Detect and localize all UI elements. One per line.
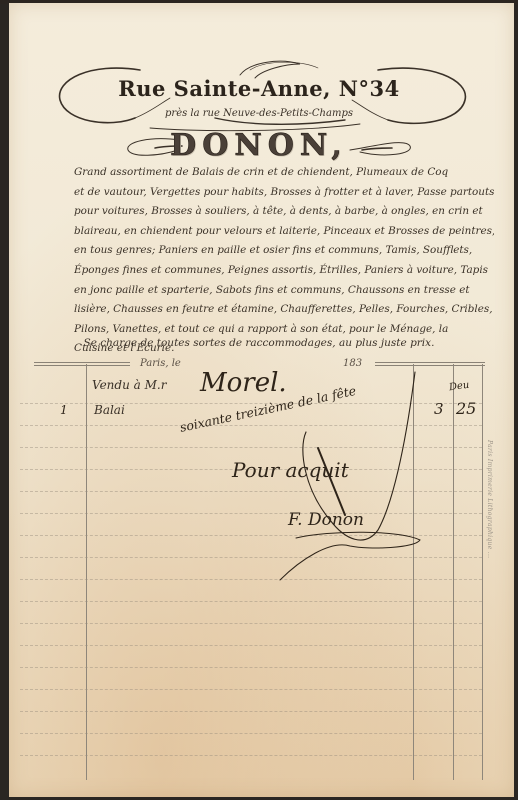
printer-imprint: Paris Imprimerie Lithographique ... [486, 440, 493, 558]
signature-flourish-icon [0, 0, 518, 800]
